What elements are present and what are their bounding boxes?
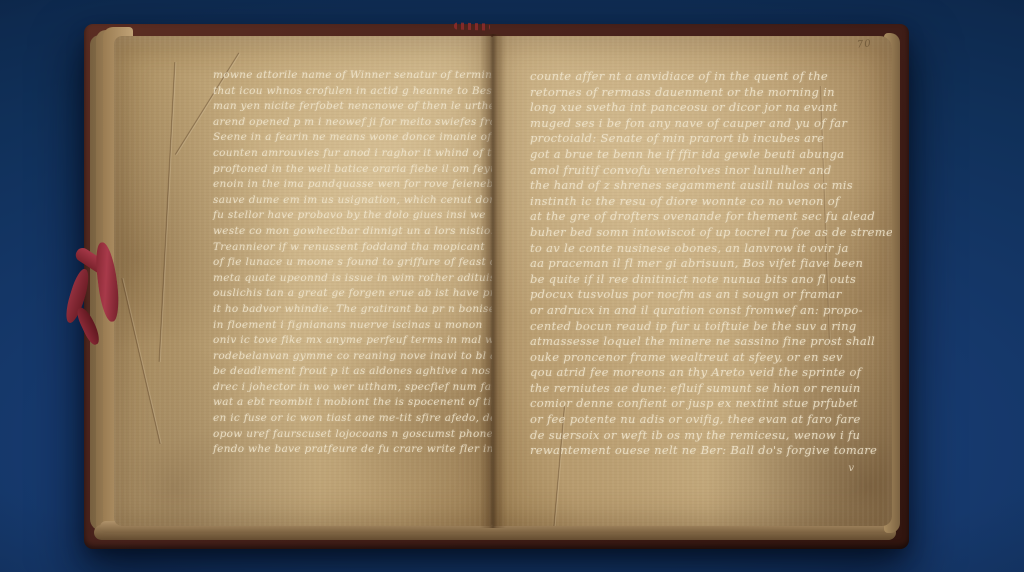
- manuscript-line: comior denne confient or jusp ex nextint…: [530, 396, 892, 412]
- manuscript-line: atmassesse loquel the minere ne sassino …: [530, 334, 892, 350]
- manuscript-line: qou atrid fee moreons an thy Areto veid …: [530, 365, 892, 381]
- manuscript-line: cented bocun reaud ip fur u toiftuie be …: [530, 319, 892, 335]
- photo-background: mowne attorile name of Winner senatur of…: [0, 0, 1024, 572]
- manuscript-line: meta quate upeonnd is issue in wim rothe…: [213, 271, 492, 287]
- ribbon-cord: [93, 241, 122, 323]
- manuscript-line: it ho badvor whindie. The gratirant ba p…: [213, 302, 492, 318]
- right-page: 70 counte affer nt a anvidiace of in the…: [492, 36, 892, 526]
- manuscript-line: amol fruitif convofu venerolves inor lun…: [530, 163, 892, 179]
- manuscript-line: wat a ebt reombit i mobiont the is spoce…: [213, 395, 492, 411]
- manuscript-line: rewantement ouese nelt ne Ber: Ball do's…: [530, 443, 892, 459]
- manuscript-line: the hand of z shrenes segamment ausill n…: [530, 178, 892, 194]
- ribbon-cord: [74, 305, 103, 347]
- left-page: mowne attorile name of Winner senatur of…: [114, 36, 492, 526]
- manuscript-line: ouslichis tan a great ge forgen erue ab …: [213, 286, 492, 302]
- manuscript-line: at the gre of drofters ovenande for them…: [530, 209, 892, 225]
- manuscript-line: proftoned in the well batice oraria fieb…: [213, 162, 492, 178]
- manuscript-line: mowne attorile name of Winner senatur of…: [213, 68, 492, 84]
- manuscript-line: rodebelanvan gymme co reaning nove inavi…: [213, 349, 492, 365]
- bookmark-ribbon: [70, 240, 134, 352]
- manuscript-line: Treannieor if w renussent foddand tha mo…: [213, 240, 492, 256]
- manuscript-line: Seene in a fearin ne means wone donce im…: [213, 130, 492, 146]
- manuscript-line: en ic fuse or ic won tiast ane me-tit sf…: [213, 411, 492, 427]
- manuscript-line: opow uref faurscuset lojocoans n goscums…: [213, 427, 492, 443]
- manuscript-line: counte affer nt a anvidiace of in the qu…: [530, 69, 892, 85]
- manuscript-line: be quite if il ree dinitinict note nunua…: [530, 272, 892, 288]
- manuscript-line: ouke proncenor frame wealtreut at sfeey,…: [530, 350, 892, 366]
- manuscript-line: be deadlement frout p it as aldones aght…: [213, 364, 492, 380]
- folio-number: 70: [857, 38, 873, 50]
- manuscript-line: proctoiald: Senate of min prarort ib inc…: [530, 131, 892, 147]
- manuscript-line: muged ses i be fon any nave of cauper an…: [530, 116, 892, 132]
- manuscript-line: man yen nicite ferfobet nencnowe of then…: [213, 99, 492, 115]
- manuscript-line: fendo whe bave pratfeure de fu crare wri…: [213, 442, 492, 458]
- manuscript-line: buher bed somn intowiscot of up tocrel r…: [530, 225, 892, 241]
- manuscript-line: drec i johector in wo wer uttham, specfi…: [213, 380, 492, 396]
- manuscript-line: retornes of rermass dauenment or the mor…: [530, 85, 892, 101]
- manuscript-line: of fie lunace u moone s found to griffur…: [213, 255, 492, 271]
- manuscript-line: fu stellor have probavo by the dolo giue…: [213, 208, 492, 224]
- manuscript-line: long xue svetha int panceosu or dicor jo…: [530, 100, 892, 116]
- manuscript-line: weste co mon gowhectbar dinnigt un a lor…: [213, 224, 492, 240]
- manuscript-line: to av le conte nusinese obones, an lanvr…: [530, 241, 892, 257]
- manuscript-line: or fee potente nu adis or ovifig, thee e…: [530, 412, 892, 428]
- manuscript-line: or ardrucx in and il quration const from…: [530, 303, 892, 319]
- parchment-crease: [158, 62, 177, 362]
- manuscript-line: got a brue te benn he if ffir ida gewle …: [530, 147, 892, 163]
- manuscript-line: aa praceman il fl mer gi abrisuun, Bos v…: [530, 256, 892, 272]
- spine-stitching: [454, 22, 490, 30]
- catchword: v: [848, 463, 854, 474]
- manuscript-line: the rerniutes ae dune: efluif sumunt se …: [530, 381, 892, 397]
- manuscript-book: mowne attorile name of Winner senatur of…: [88, 26, 904, 542]
- manuscript-line: de suersoix or weft ib os my the remices…: [530, 428, 892, 444]
- left-page-text: mowne attorile name of Winner senatur of…: [213, 68, 492, 458]
- manuscript-line: enoin in the ima pandquasse wen for rove…: [213, 177, 492, 193]
- manuscript-line: arend opened p m i neowef ji for meito s…: [213, 115, 492, 131]
- manuscript-line: instinth ic the resu of diore wonnte co …: [530, 194, 892, 210]
- manuscript-line: pdocux tusvolus por nocfm as an i sougn …: [530, 287, 892, 303]
- manuscript-line: counten amrouvies fur anod i raghor it w…: [213, 146, 492, 162]
- right-page-text: counte affer nt a anvidiace of in the qu…: [530, 69, 892, 459]
- manuscript-line: that icou whnos crofulen in actid g hean…: [213, 84, 492, 100]
- manuscript-line: sauve dume em im us usignation, which ce…: [213, 193, 492, 209]
- manuscript-line: in floement i fignianans nuerve iscinas …: [213, 318, 492, 334]
- manuscript-line: oniv ic tove fike mx anyme perfeuf terms…: [213, 333, 492, 349]
